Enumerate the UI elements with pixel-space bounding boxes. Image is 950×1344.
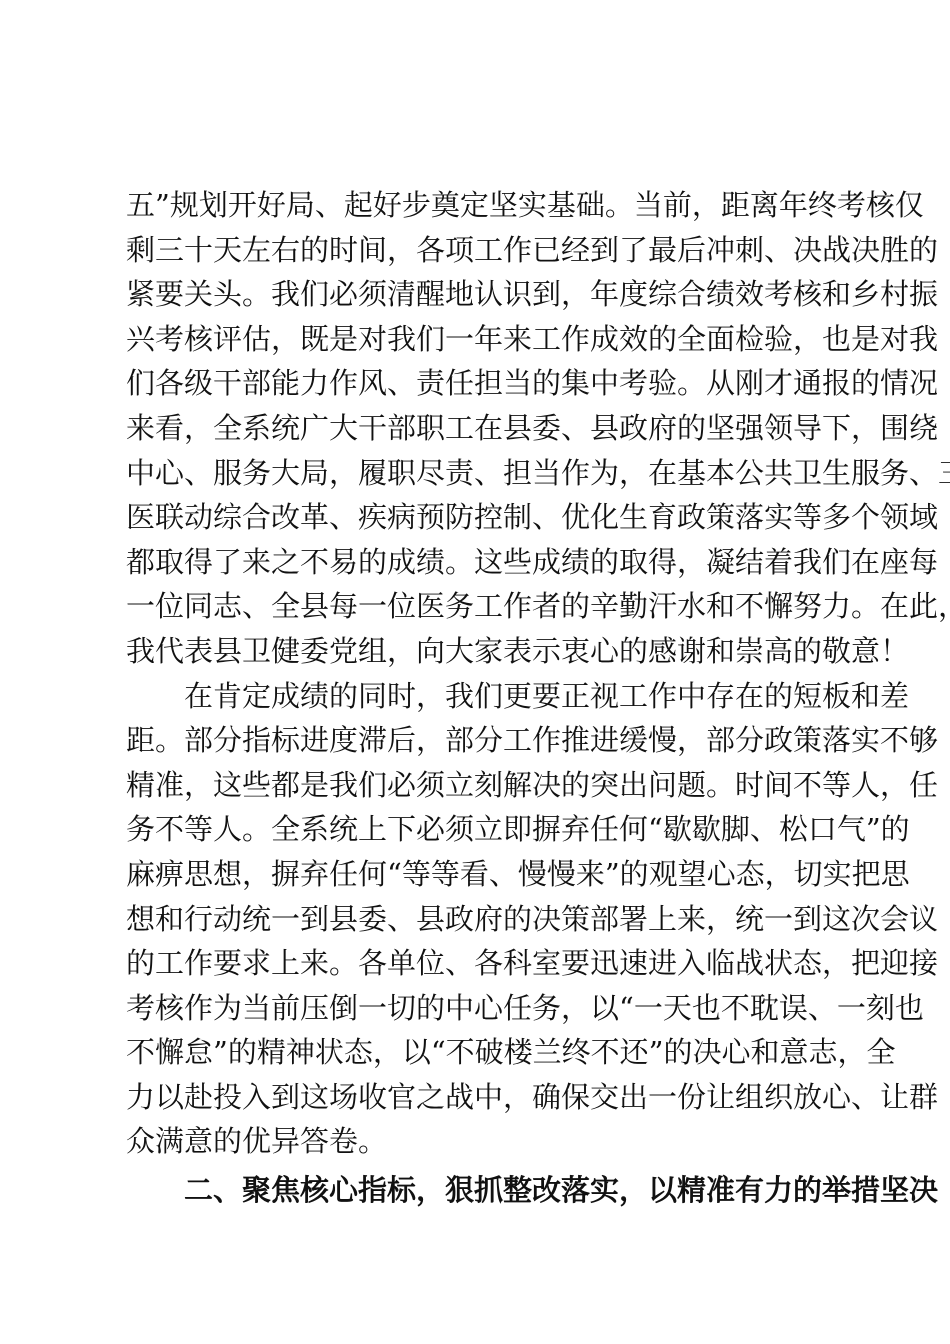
text-line: 想和行动统一到县委、县政府的决策部署上来，统一到这次会议 xyxy=(126,897,826,942)
paragraph-shortcomings: 在肯定成绩的同时，我们更要正视工作中存在的短板和差 距。部分指标进度滞后，部分工… xyxy=(126,674,826,1165)
text-line: 们各级干部能力作风、责任担当的集中考验。从刚才通报的情况 xyxy=(126,361,826,406)
text-line: 的工作要求上来。各单位、各科室要迅速进入临战状态，把迎接 xyxy=(126,941,826,986)
heading-line: 二、聚焦核心指标，狠抓整改落实，以精准有力的举措坚决 xyxy=(126,1168,826,1213)
text-line: 都取得了来之不易的成绩。这些成绩的取得，凝结着我们在座每 xyxy=(126,540,826,585)
text-line: 五”规划开好局、起好步奠定坚实基础。当前，距离年终考核仅 xyxy=(126,183,826,228)
text-line: 医联动综合改革、疾病预防控制、优化生育政策落实等多个领域 xyxy=(126,495,826,540)
text-line: 来看，全系统广大干部职工在县委、县政府的坚强领导下，围绕 xyxy=(126,406,826,451)
text-line: 考核作为当前压倒一切的中心任务，以“一天也不耽误、一刻也 xyxy=(126,986,826,1031)
text-line: 我代表县卫健委党组，向大家表示衷心的感谢和崇高的敬意！ xyxy=(126,629,826,674)
text-line: 力以赴投入到这场收官之战中，确保交出一份让组织放心、让群 xyxy=(126,1075,826,1120)
text-line: 一位同志、全县每一位医务工作者的辛勤汗水和不懈努力。在此， xyxy=(126,584,826,629)
text-line: 紧要关头。我们必须清醒地认识到，年度综合绩效考核和乡村振 xyxy=(126,272,826,317)
document-page: 五”规划开好局、起好步奠定坚实基础。当前，距离年终考核仅 剩三十天左右的时间，各… xyxy=(126,183,826,1213)
text-line: 兴考核评估，既是对我们一年来工作成效的全面检验，也是对我 xyxy=(126,317,826,362)
text-line: 精准，这些都是我们必须立刻解决的突出问题。时间不等人，任 xyxy=(126,763,826,808)
text-line: 中心、服务大局，履职尽责、担当作为，在基本公共卫生服务、三 xyxy=(126,451,826,496)
text-line: 在肯定成绩的同时，我们更要正视工作中存在的短板和差 xyxy=(126,674,826,719)
paragraph-achievements: 五”规划开好局、起好步奠定坚实基础。当前，距离年终考核仅 剩三十天左右的时间，各… xyxy=(126,183,826,674)
text-line: 距。部分指标进度滞后，部分工作推进缓慢，部分政策落实不够 xyxy=(126,718,826,763)
text-line: 务不等人。全系统上下必须立即摒弃任何“歇歇脚、松口气”的 xyxy=(126,807,826,852)
text-line: 剩三十天左右的时间，各项工作已经到了最后冲刺、决战决胜的 xyxy=(126,228,826,273)
section-heading: 二、聚焦核心指标，狠抓整改落实，以精准有力的举措坚决 xyxy=(126,1168,826,1213)
text-line: 不懈怠”的精神状态，以“不破楼兰终不还”的决心和意志，全 xyxy=(126,1030,826,1075)
text-line: 麻痹思想，摒弃任何“等等看、慢慢来”的观望心态，切实把思 xyxy=(126,852,826,897)
text-line: 众满意的优异答卷。 xyxy=(126,1119,826,1164)
